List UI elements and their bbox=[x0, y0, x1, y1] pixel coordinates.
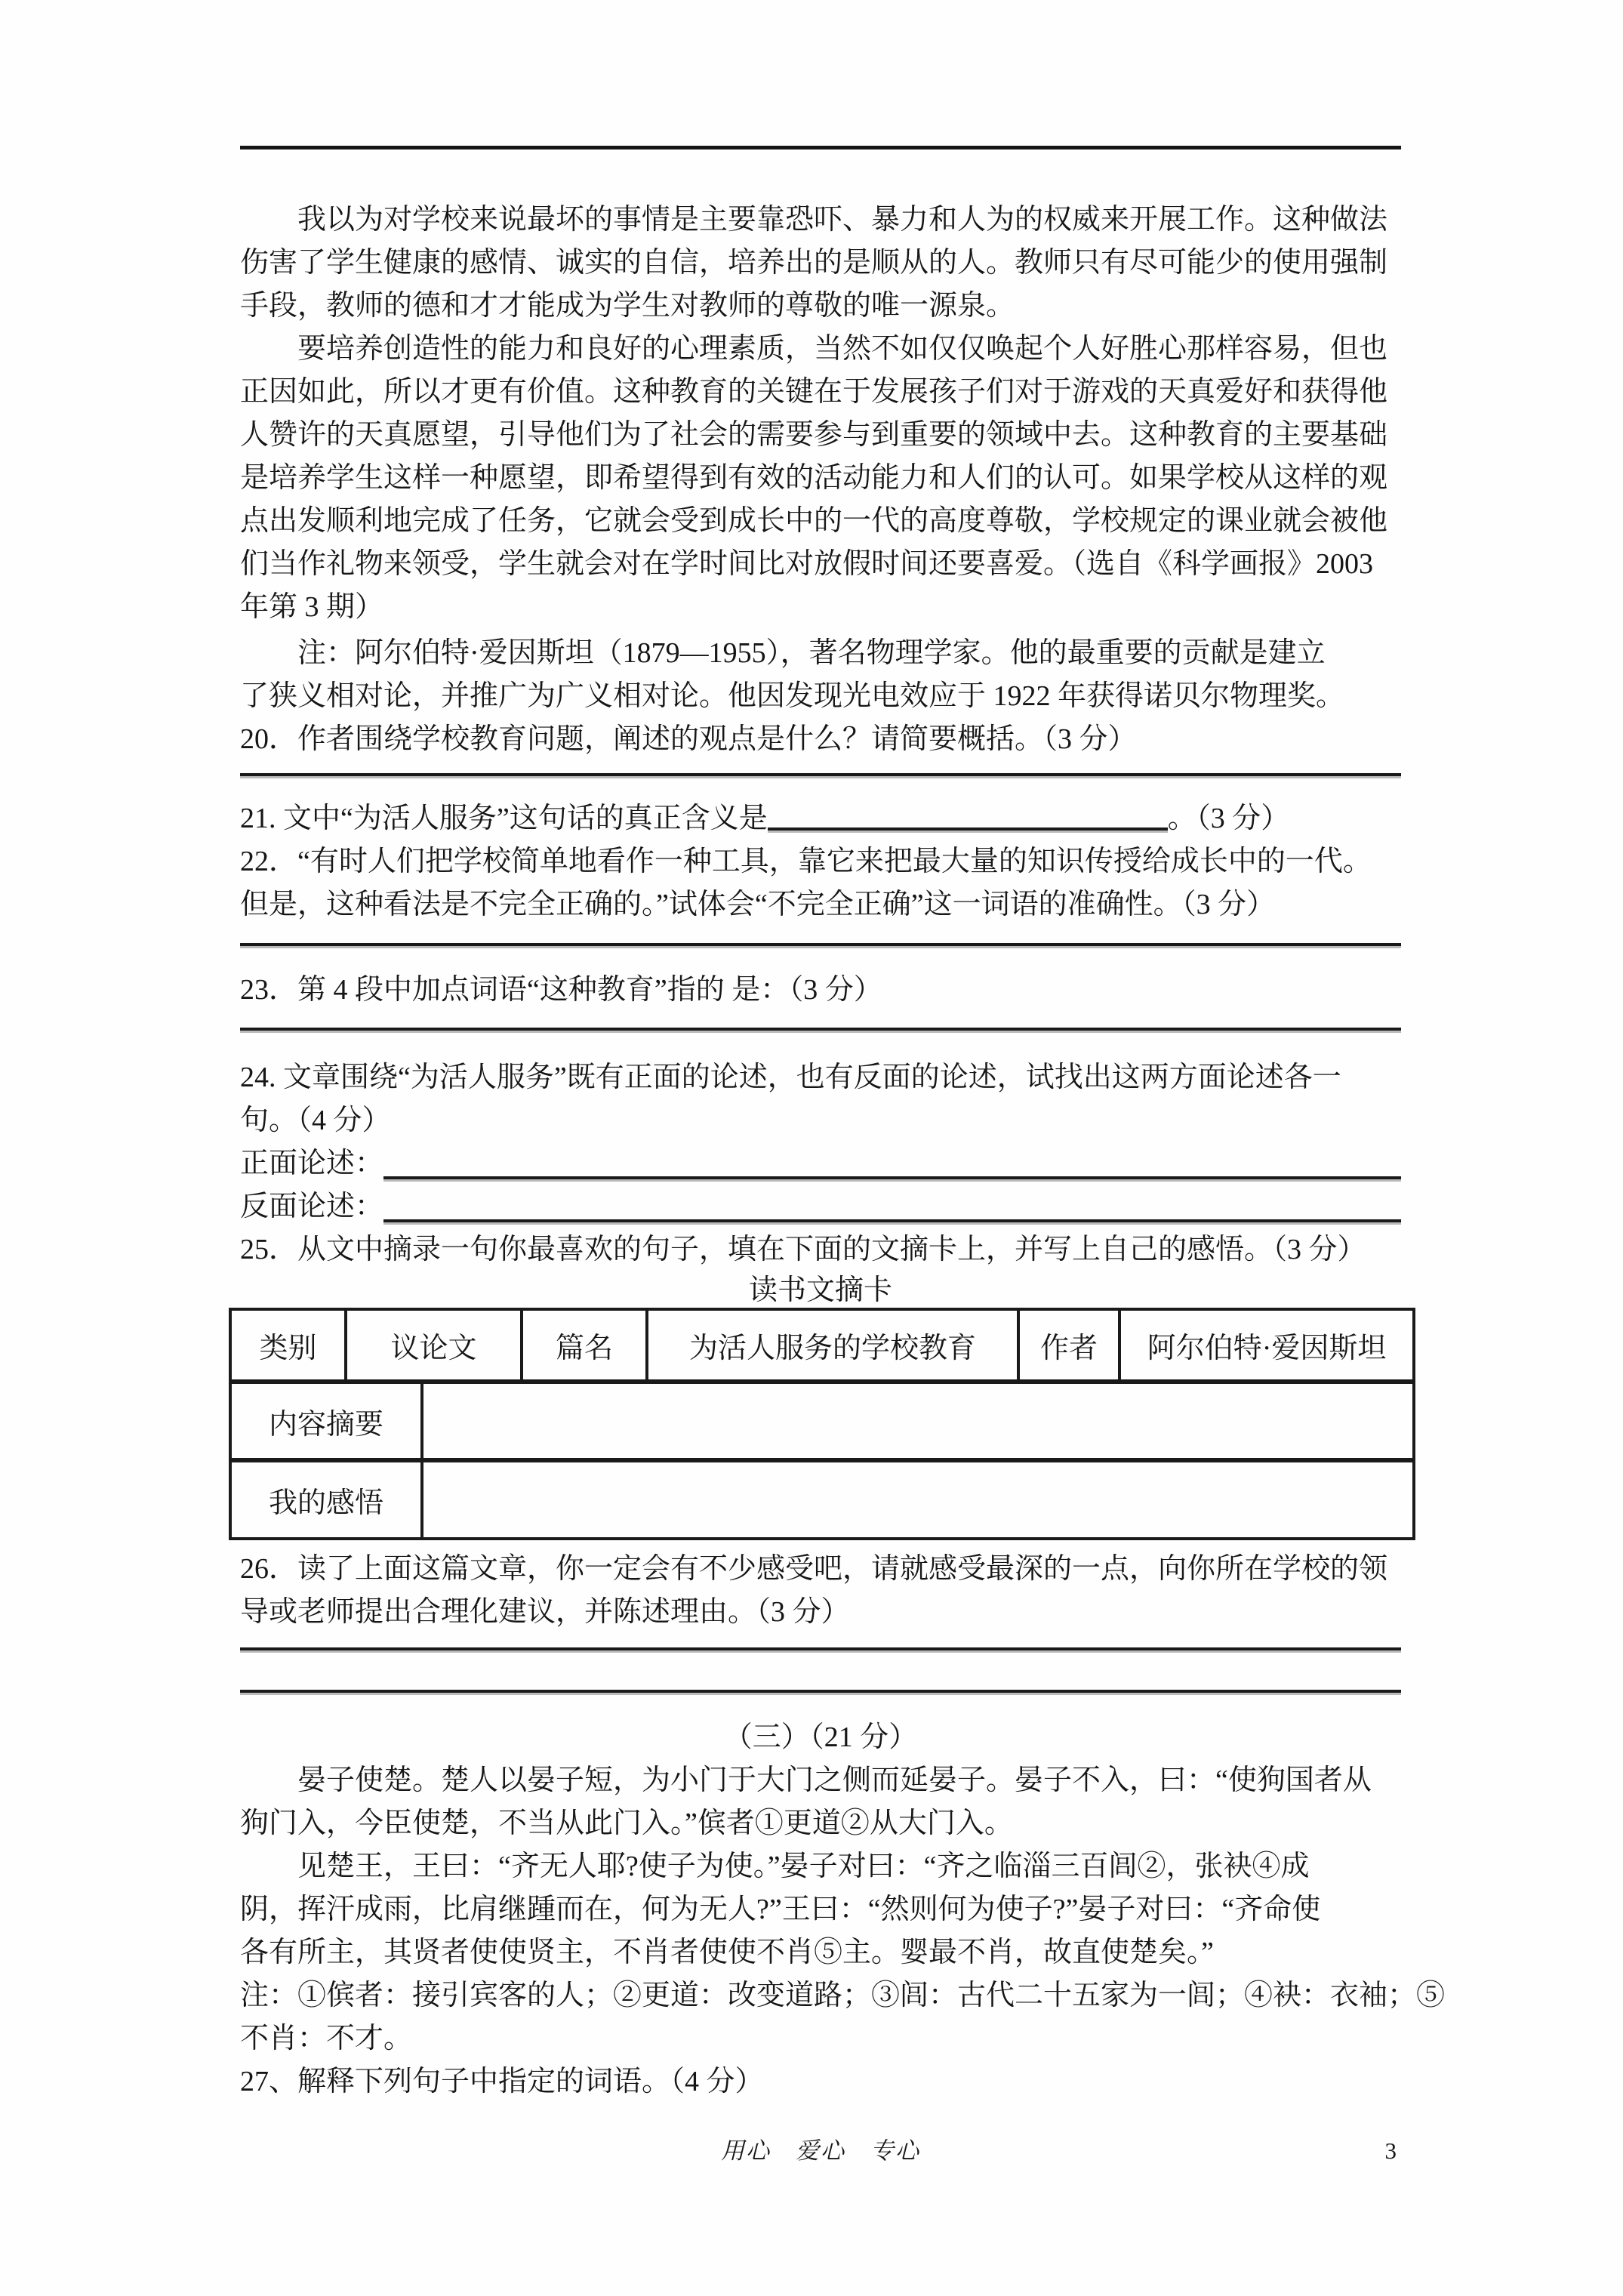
page-content: 我以为对学校来说最坏的事情是主要靠恐吓、暴力和人为的权威来开展工作。这种做法伤害… bbox=[240, 0, 1401, 2103]
card-cell-summary-empty bbox=[422, 1382, 1414, 1460]
answer-line bbox=[240, 1647, 1401, 1650]
yanzi-paragraph-1: 晏子使楚。楚人以晏子短，为小门于大门之侧而延晏子。晏子不入，曰：“使狗国者从狗门… bbox=[240, 1759, 1401, 1845]
question-23: 23．第 4 段中加点词语“这种教育”指的 是：（3 分） bbox=[240, 969, 1401, 1012]
question-20: 20．作者围绕学校教育问题，阐述的观点是什么？请简要概括。（3 分） bbox=[240, 718, 1401, 761]
text-line: 句。（4 分） bbox=[240, 1099, 1401, 1142]
text-line: 了狭义相对论，并推广为广义相对论。他因发现光电效应于 1922 年获得诺贝尔物理… bbox=[240, 675, 1401, 718]
text-line: 各有所主，其贤者使使贤主，不肖者使使不肖⑤主。婴最不肖，故直使楚矣。” bbox=[240, 1931, 1401, 1974]
yanzi-paragraph-2: 见楚王，王曰：“齐无人耶?使子为使。”晏子对曰：“齐之临淄三百闾②，张袂④成阴，… bbox=[240, 1845, 1401, 1974]
text-line: 但是，这种看法是不完全正确的。”试体会“不完全正确”这一词语的准确性。（3 分） bbox=[240, 883, 1401, 926]
text-line: 26．读了上面这篇文章，你一定会有不少感受吧，请就感受最深的一点，向你所在学校的… bbox=[240, 1548, 1401, 1591]
back-argument-label: 反面论述： bbox=[240, 1185, 383, 1228]
card-cell-category-label: 类别 bbox=[230, 1309, 346, 1382]
text-line: 正因如此，所以才更有价值。这种教育的关键在于发展孩子们对于游戏的天真爱好和获得他 bbox=[240, 371, 1401, 414]
text-line: 注：阿尔伯特·爱因斯坦（1879—1955），著名物理学家。他的最重要的贡献是建… bbox=[240, 632, 1401, 675]
text-line: 人赞许的天真愿望，引导他们为了社会的需要参与到重要的领域中去。这种教育的主要基础 bbox=[240, 414, 1401, 457]
card-cell-author-label: 作者 bbox=[1018, 1309, 1119, 1382]
text-line: 注：①傧者：接引宾客的人；②更道：改变道路；③闾：古代二十五家为一闾；④袂：衣袖… bbox=[240, 1974, 1401, 2017]
question-26: 26．读了上面这篇文章，你一定会有不少感受吧，请就感受最深的一点，向你所在学校的… bbox=[240, 1548, 1401, 1634]
section-three-heading: （三）（21 分） bbox=[240, 1716, 1401, 1759]
text-line: 导或老师提出合理化建议，并陈述理由。（3 分） bbox=[240, 1591, 1401, 1634]
answer-line bbox=[240, 773, 1401, 776]
back-argument-row: 反面论述： bbox=[240, 1185, 1401, 1228]
question-25: 25．从文中摘录一句你最喜欢的句子，填在下面的文摘卡上，并写上自己的感悟。（3 … bbox=[240, 1228, 1401, 1271]
text-line: 不肖：不才。 bbox=[240, 2017, 1401, 2060]
front-argument-label: 正面论述： bbox=[240, 1142, 383, 1185]
passage-paragraph-1: 我以为对学校来说最坏的事情是主要靠恐吓、暴力和人为的权威来开展工作。这种做法伤害… bbox=[240, 199, 1401, 328]
text-line: 要培养创造性的能力和良好的心理素质，当然不如仅仅唤起个人好胜心那样容易，但也 bbox=[240, 328, 1401, 371]
text-line: 24. 文章围绕“为活人服务”既有正面的论述，也有反面的论述，试找出这两方面论述… bbox=[240, 1056, 1401, 1099]
card-title: 读书文摘卡 bbox=[240, 1271, 1401, 1309]
card-reflection-row: 我的感悟 bbox=[230, 1460, 1414, 1539]
question-24: 24. 文章围绕“为活人服务”既有正面的论述，也有反面的论述，试找出这两方面论述… bbox=[240, 1056, 1401, 1142]
text-line: 手段，教师的德和才才能成为学生对教师的尊敬的唯一源泉。 bbox=[240, 285, 1401, 328]
card-summary-row: 内容摘要 bbox=[230, 1382, 1414, 1460]
footer-motto: 用心 爱心 专心 bbox=[240, 2129, 1401, 2172]
front-argument-row: 正面论述： bbox=[240, 1142, 1401, 1185]
header-rule bbox=[240, 146, 1401, 149]
reading-card-table: 类别 议论文 篇名 为活人服务的学校教育 作者 阿尔伯特·爱因斯坦 内容摘要 我… bbox=[229, 1308, 1415, 1540]
question-27: 27、解释下列句子中指定的词语。（4 分） bbox=[240, 2060, 1401, 2103]
answer-blank-front bbox=[383, 1142, 1401, 1185]
exam-page: 我以为对学校来说最坏的事情是主要靠恐吓、暴力和人为的权威来开展工作。这种做法伤害… bbox=[0, 0, 1623, 2296]
answer-line bbox=[240, 1028, 1401, 1031]
question-22: 22．“有时人们把学校简单地看作一种工具，靠它来把最大量的知识传授给成长中的一代… bbox=[240, 840, 1401, 926]
card-cell-reflection-empty bbox=[422, 1460, 1414, 1539]
text-line: 点出发顺利地完成了任务，它就会受到成长中的一代的高度尊敬，学校规定的课业就会被他 bbox=[240, 500, 1401, 543]
text-line: 见楚王，王曰：“齐无人耶?使子为使。”晏子对曰：“齐之临淄三百闾②，张袂④成 bbox=[240, 1845, 1401, 1888]
question-21-text: 21. 文中“为活人服务”这句话的真正含义是 bbox=[240, 803, 768, 834]
text-line: 是培养学生这样一种愿望，即希望得到有效的活动能力和人们的认可。如果学校从这样的观 bbox=[240, 457, 1401, 500]
passage-paragraph-2: 要培养创造性的能力和良好的心理素质，当然不如仅仅唤起个人好胜心那样容易，但也正因… bbox=[240, 328, 1401, 629]
card-cell-category-value: 议论文 bbox=[346, 1309, 522, 1382]
card-cell-title-label: 篇名 bbox=[522, 1309, 647, 1382]
card-cell-title-value: 为活人服务的学校教育 bbox=[647, 1309, 1018, 1382]
yanzi-notes: 注：①傧者：接引宾客的人；②更道：改变道路；③闾：古代二十五家为一闾；④袂：衣袖… bbox=[240, 1974, 1401, 2060]
text-line: 伤害了学生健康的感情、诚实的自信，培养出的是顺从的人。教师只有尽可能少的使用强制 bbox=[240, 242, 1401, 285]
text-line: 狗门入，今臣使楚，不当从此门入。”傧者①更道②从大门入。 bbox=[240, 1802, 1401, 1845]
question-21-score: 。（3 分） bbox=[1168, 803, 1290, 834]
question-21: 21. 文中“为活人服务”这句话的真正含义是。（3 分） bbox=[240, 797, 1401, 840]
card-cell-reflection-label: 我的感悟 bbox=[230, 1460, 422, 1539]
text-line: 阴，挥汗成雨，比肩继踵而在，何为无人?”王曰：“然则何为使子?”晏子对曰：“齐命… bbox=[240, 1888, 1401, 1931]
page-footer: 用心 爱心 专心 3 bbox=[240, 2129, 1401, 2172]
card-header-row: 类别 议论文 篇名 为活人服务的学校教育 作者 阿尔伯特·爱因斯坦 bbox=[230, 1309, 1414, 1382]
answer-line bbox=[240, 1690, 1401, 1693]
text-line: 晏子使楚。楚人以晏子短，为小门于大门之侧而延晏子。晏子不入，曰：“使狗国者从 bbox=[240, 1759, 1401, 1802]
card-cell-author-value: 阿尔伯特·爱因斯坦 bbox=[1119, 1309, 1414, 1382]
text-line: 年第 3 期） bbox=[240, 586, 1401, 629]
answer-blank-back bbox=[383, 1185, 1401, 1228]
text-line: 22．“有时人们把学校简单地看作一种工具，靠它来把最大量的知识传授给成长中的一代… bbox=[240, 840, 1401, 883]
text-line: 们当作礼物来领受，学生就会对在学时间比对放假时间还要喜爱。（选自《科学画报》20… bbox=[240, 543, 1401, 586]
answer-line bbox=[240, 943, 1401, 946]
passage-author-note: 注：阿尔伯特·爱因斯坦（1879—1955），著名物理学家。他的最重要的贡献是建… bbox=[240, 632, 1401, 718]
answer-blank-inline bbox=[768, 826, 1168, 827]
page-number: 3 bbox=[1385, 2129, 1397, 2172]
card-cell-summary-label: 内容摘要 bbox=[230, 1382, 422, 1460]
text-line: 我以为对学校来说最坏的事情是主要靠恐吓、暴力和人为的权威来开展工作。这种做法 bbox=[240, 199, 1401, 242]
